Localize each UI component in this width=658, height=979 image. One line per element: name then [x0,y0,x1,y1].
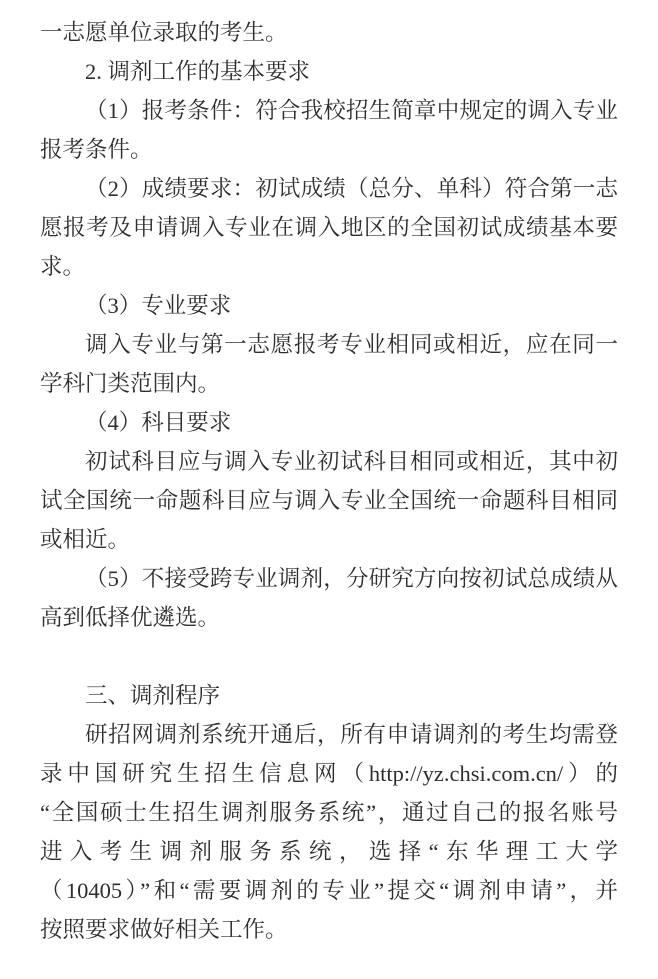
paragraph-requirement-1: （1）报考条件：符合我校招生简章中规定的调入专业报考条件。 [40,91,618,169]
text-line: 三、调剂程序 [40,676,618,715]
text-line: 高到低择优遴选。 [40,598,618,637]
text-line: 2. 调剂工作的基本要求 [40,52,618,91]
text-line: 一志愿单位录取的考生。 [40,13,618,52]
document-page: 一志愿单位录取的考生。2. 调剂工作的基本要求（1）报考条件：符合我校招生简章中… [0,0,658,979]
paragraph-requirement-3-body: 调入专业与第一志愿报考专业相同或相近，应在同一学科门类范围内。 [40,325,618,403]
paragraph-requirement-2: （2）成绩要求：初试成绩（总分、单科）符合第一志愿报考及申请调入专业在调入地区的… [40,169,618,286]
text-line: （10405）”和“需要调剂的专业”提交“调剂申请”，并 [40,871,618,910]
text-line: 试全国统一命题科目应与调入专业全国统一命题科目相同 [40,481,618,520]
text-line: 或相近。 [40,520,618,559]
text-line: 初试科目应与调入专业初试科目相同或相近，其中初 [40,442,618,481]
text-line: 按照要求做好相关工作。 [40,910,618,949]
text-line: 报考条件。 [40,130,618,169]
text-line: 学科门类范围内。 [40,364,618,403]
paragraph-continuation: 一志愿单位录取的考生。 [40,13,618,52]
paragraph-requirement-4-heading: （4）科目要求 [40,403,618,442]
text-line: （2）成绩要求：初试成绩（总分、单科）符合第一志 [40,169,618,208]
paragraph-requirement-3-heading: （3）专业要求 [40,286,618,325]
text-line: 录中国研究生招生信息网（http://yz.chsi.com.cn/）的 [40,754,618,793]
text-line: 调入专业与第一志愿报考专业相同或相近，应在同一 [40,325,618,364]
text-line: 求。 [40,247,618,286]
text-line: “全国硕士生招生调剂服务系统”，通过自己的报名账号 [40,793,618,832]
text-line: （3）专业要求 [40,286,618,325]
paragraph-section-3-body: 研招网调剂系统开通后，所有申请调剂的考生均需登录中国研究生招生信息网（http:… [40,715,618,949]
paragraph-section-3-heading: 三、调剂程序 [40,676,618,715]
paragraph-item-2-heading: 2. 调剂工作的基本要求 [40,52,618,91]
text-line: 研招网调剂系统开通后，所有申请调剂的考生均需登 [40,715,618,754]
text-line: 愿报考及申请调入专业在调入地区的全国初试成绩基本要 [40,208,618,247]
text-line: （5）不接受跨专业调剂，分研究方向按初试总成绩从 [40,559,618,598]
text-line: 进入考生调剂服务系统，选择“东华理工大学 [40,832,618,871]
text-line: （4）科目要求 [40,403,618,442]
paragraph-requirement-4-body: 初试科目应与调入专业初试科目相同或相近，其中初试全国统一命题科目应与调入专业全国… [40,442,618,559]
paragraph-requirement-5: （5）不接受跨专业调剂，分研究方向按初试总成绩从高到低择优遴选。 [40,559,618,637]
text-line: （1）报考条件：符合我校招生简章中规定的调入专业 [40,91,618,130]
